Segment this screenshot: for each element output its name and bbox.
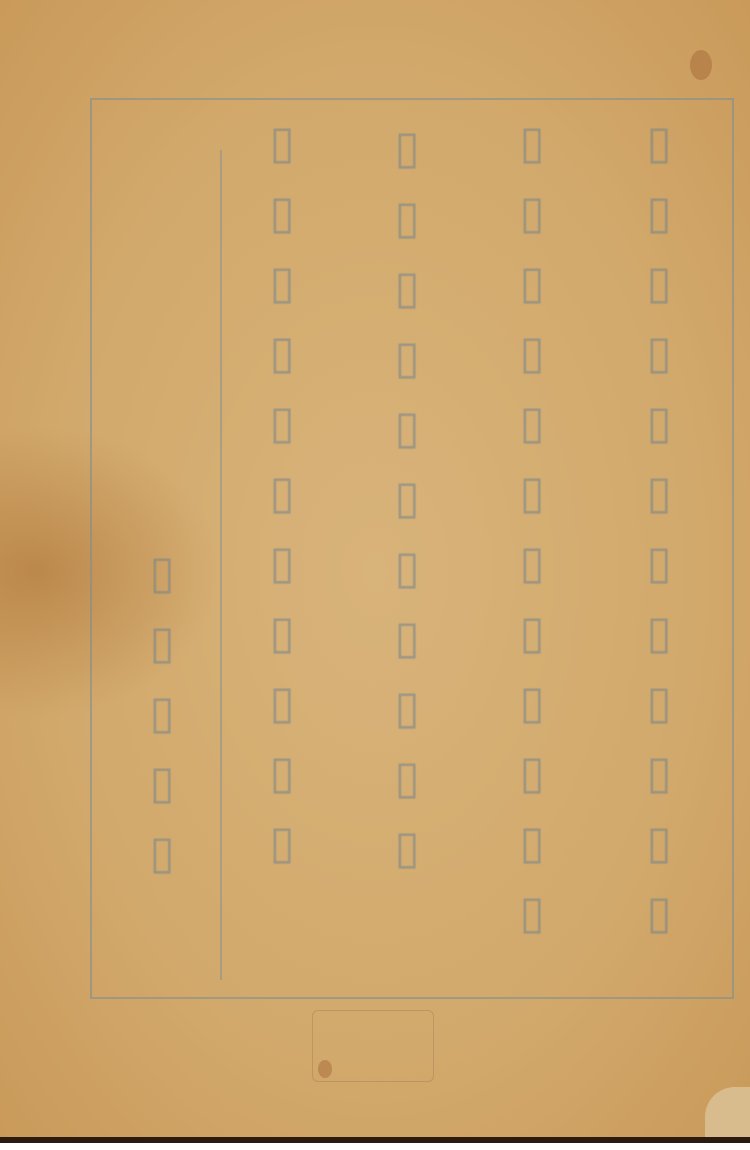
bleed-through-column-2: ▯▯▯▯▯▯▯▯▯▯▯▯ — [505, 115, 559, 955]
bleed-through-column-3: ▯▯▯▯▯▯▯▯▯▯▯ — [380, 120, 434, 890]
bleed-through-column-4: ▯▯▯▯▯▯▯▯▯▯▯ — [255, 115, 309, 885]
column-divider-line — [220, 150, 222, 980]
stain-spot — [690, 50, 712, 80]
bleed-through-column-5: ▯▯▯▯▯ — [135, 545, 189, 895]
book-page: ▯▯▯▯▯▯▯▯▯▯▯▯ ▯▯▯▯▯▯▯▯▯▯▯▯ ▯▯▯▯▯▯▯▯▯▯▯ ▯▯… — [0, 0, 750, 1143]
stain-spot — [318, 1060, 332, 1078]
bleed-through-column-1: ▯▯▯▯▯▯▯▯▯▯▯▯ — [632, 115, 686, 955]
torn-corner — [705, 1087, 750, 1137]
